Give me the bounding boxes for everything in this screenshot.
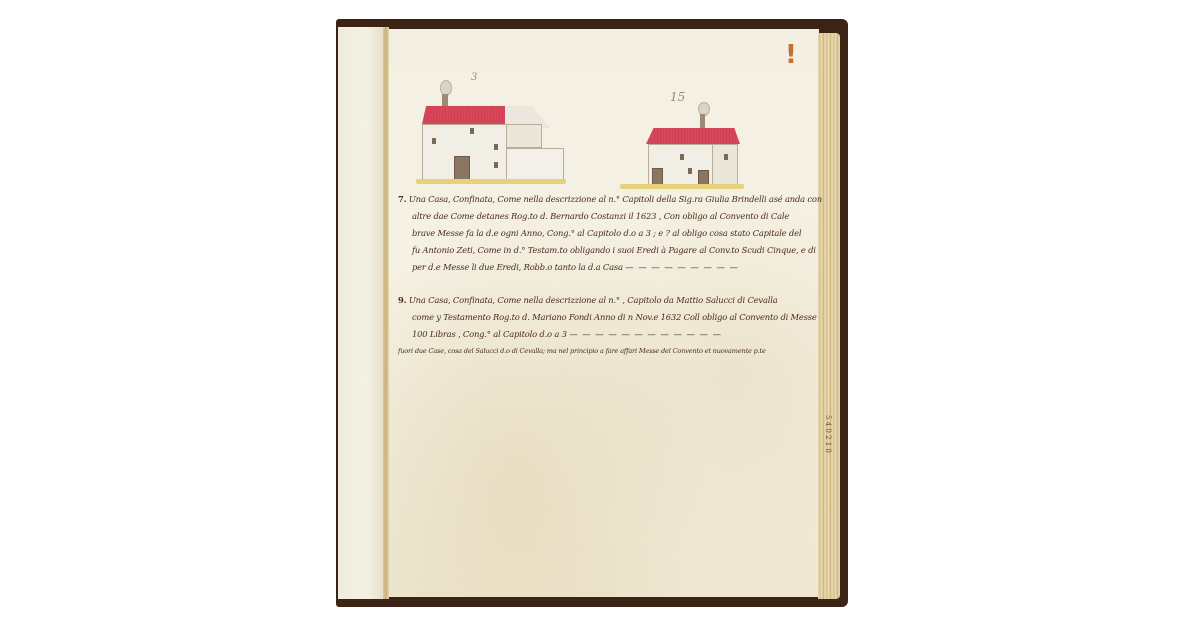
entry-line: 7. Una Casa, Confinata, Come nella descr… [398, 191, 813, 208]
edge-marks: 5 4 0 2 1 0 [825, 415, 833, 453]
window [680, 154, 684, 160]
entry-number: 9. [398, 295, 406, 305]
window [688, 168, 692, 174]
entry-line: brave Messe fa la d.e ogni Anno, Cong.° … [398, 225, 813, 242]
entry-text: altre dae Come detanes Rog.to d. Bernard… [412, 211, 789, 221]
exclamation-stamp-icon: ! [785, 42, 797, 68]
chimney [700, 114, 705, 128]
house-1-side-wall [506, 124, 542, 148]
entry-7: 7. Una Casa, Confinata, Come nella descr… [398, 191, 813, 276]
entry-line: fuori due Case, cosa del Salucci d.o di … [398, 343, 818, 360]
entry-line: altre dae Come detanes Rog.to d. Bernard… [398, 208, 813, 225]
entry-text: Una Casa, Confinata, Come nella descrizz… [409, 194, 822, 204]
window [494, 162, 498, 168]
entry-text: come y Testamento Rog.to d. Mariano Fond… [412, 312, 817, 322]
window [470, 128, 474, 134]
house-1-ground [416, 179, 566, 184]
house-1-annex [506, 148, 564, 182]
entry-text: fuori due Case, cosa del Salucci d.o di … [398, 347, 766, 355]
entry-line: come y Testamento Rog.to d. Mariano Fond… [398, 309, 818, 326]
chimney [442, 94, 448, 106]
entry-text: 100 Libras , Cong.° al Capitolo d.o a 3 [412, 329, 567, 339]
house-2-ground [620, 184, 744, 189]
entry-text: per d.e Messe li due Eredi, Robb.o tanto… [412, 262, 623, 272]
entry-text: brave Messe fa la d.e ogni Anno, Cong.° … [412, 228, 801, 238]
entry-text: fu Antonio Zeti, Come in d.° Testam.to o… [412, 245, 816, 255]
window [724, 154, 728, 160]
entry-dashes: — — — — — — — — — [625, 262, 739, 272]
entry-line: 9. Una Casa, Confinata, Come nella descr… [398, 292, 818, 309]
entry-dashes: — — — — — — — — — — — — [569, 329, 722, 339]
window [432, 138, 436, 144]
window [494, 144, 498, 150]
entry-line: fu Antonio Zeti, Come in d.° Testam.to o… [398, 242, 813, 259]
entry-line: 100 Libras , Cong.° al Capitolo d.o a 3 … [398, 326, 818, 343]
house-drawing-1 [410, 80, 560, 192]
left-page-leaf [338, 27, 386, 599]
entry-number: 7. [398, 194, 406, 204]
entry-text: Una Casa, Confinata, Come nella descrizz… [409, 295, 778, 305]
entry-line: per d.e Messe li due Eredi, Robb.o tanto… [398, 259, 813, 276]
house-drawing-2 [618, 102, 758, 194]
entry-9: 9. Una Casa, Confinata, Come nella descr… [398, 292, 818, 360]
page-edges [818, 33, 840, 599]
house-2-side-wall [712, 144, 738, 188]
house-2-roof [646, 128, 740, 144]
